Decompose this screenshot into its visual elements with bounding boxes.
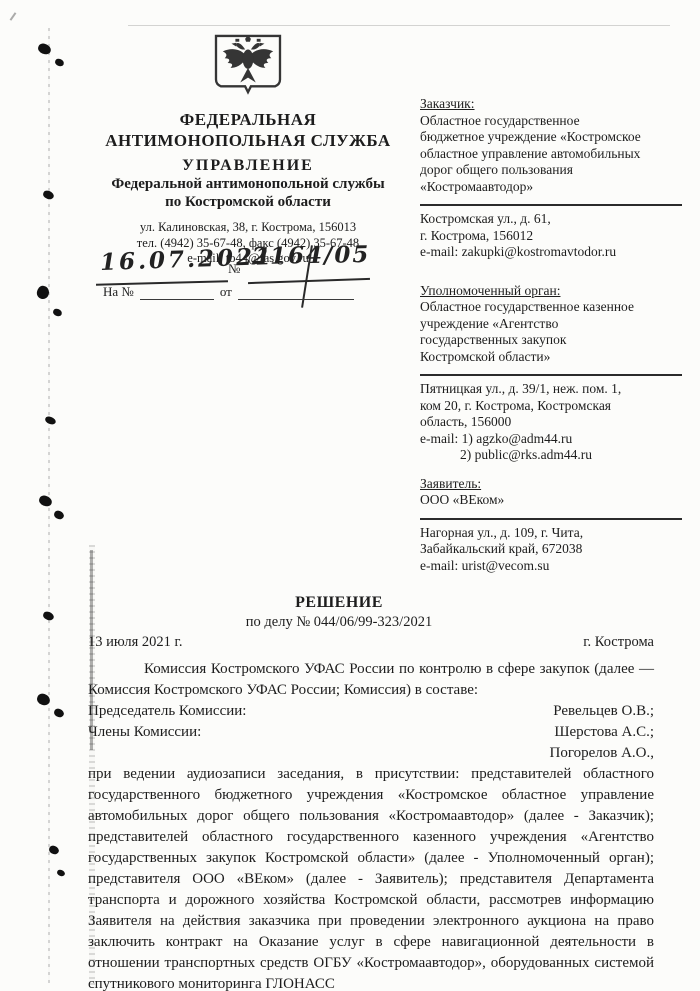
decision-title: РЕШЕНИЕ <box>56 594 622 612</box>
blank-field <box>238 286 354 300</box>
commission-role: Председатель Комиссии: <box>88 701 246 722</box>
scan-ink-blob <box>38 494 54 508</box>
party-address-line: Пятницкая ул., д. 39/1, неж. пом. 1, <box>420 381 682 398</box>
office-subtitle-line1: Федеральной антимонопольной службы <box>80 175 416 193</box>
party-line: дорог общего пользования <box>420 162 682 179</box>
scan-mark <box>128 25 670 26</box>
body-paragraph: при ведении аудиозаписи заседания, в при… <box>88 764 654 991</box>
scan-ink-blob <box>54 58 65 68</box>
incoming-from-label: от <box>220 284 232 299</box>
party-address-line: 2) public@rks.adm44.ru <box>420 447 682 464</box>
party-address-line: e-mail: urist@vecom.su <box>420 558 682 575</box>
scan-ink-blob <box>42 189 55 200</box>
russia-coat-of-arms-icon <box>209 33 287 102</box>
scan-mark <box>10 12 17 21</box>
org-name-line2: АНТИМОНОПОЛЬНАЯ СЛУЖБА <box>80 130 416 151</box>
party-applicant: Заявитель: ООО «ВЕком» Нагорная ул., д. … <box>420 476 682 575</box>
party-address-line: e-mail: zakupki@kostromavtodor.ru <box>420 244 682 261</box>
party-line: Костромской области» <box>420 349 682 366</box>
field-rule <box>420 204 682 206</box>
field-rule <box>420 374 682 376</box>
party-address-line: Нагорная ул., д. 109, г. Чита, <box>420 525 682 542</box>
party-line: учреждение «Агентство <box>420 316 682 333</box>
commission-row: Члены Комиссии: Шерстова А.С.; <box>88 722 654 743</box>
party-line: «Костромаавтодор» <box>420 179 682 196</box>
party-authorized-label: Уполномоченный орган: <box>420 283 682 300</box>
commission-role: Члены Комиссии: <box>88 722 201 743</box>
party-line: бюджетное учреждение «Костромское <box>420 129 682 146</box>
party-authorized-body: Уполномоченный орган: Областное государс… <box>420 283 682 464</box>
decision-date-row: 13 июля 2021 г. г. Кострома <box>88 634 654 651</box>
party-customer: Заказчик: Областное государственное бюдж… <box>420 96 682 261</box>
decision-city: г. Кострома <box>583 634 654 651</box>
incoming-ref-line: На №от <box>103 284 360 300</box>
commission-name: Погорелов А.О., <box>549 743 654 764</box>
party-address-line: область, 156000 <box>420 414 682 431</box>
party-line: ООО «ВЕком» <box>420 492 682 509</box>
party-address-line: г. Кострома, 156012 <box>420 228 682 245</box>
party-address-line: Забайкальский край, 672038 <box>420 541 682 558</box>
intro-paragraph: Комиссия Костромского УФАС России по кон… <box>88 659 654 701</box>
blank-field <box>140 286 214 300</box>
parties-column: Заказчик: Областное государственное бюдж… <box>420 96 682 574</box>
decision-date: 13 июля 2021 г. <box>88 634 182 651</box>
commission-name: Ревельцев О.В.; <box>553 701 654 722</box>
outgoing-date-handwritten: 16.07.2021 <box>100 243 275 276</box>
party-address-line: ком 20, г. Кострома, Костромская <box>420 398 682 415</box>
party-line: Областное государственное казенное <box>420 299 682 316</box>
case-number: по делу № 044/06/99-323/2021 <box>56 614 622 631</box>
scan-ink-blob <box>52 308 63 318</box>
party-line: государственных закупок <box>420 332 682 349</box>
scan-ink-blob <box>42 610 55 621</box>
office-title: УПРАВЛЕНИЕ <box>80 156 416 175</box>
org-name-line1: ФЕДЕРАЛЬНАЯ <box>80 109 416 130</box>
number-sign: № <box>228 261 240 277</box>
party-applicant-label: Заявитель: <box>420 476 682 493</box>
office-subtitle-line2: по Костромской области <box>80 193 416 211</box>
scanned-decision-page: ФЕДЕРАЛЬНАЯ АНТИМОНОПОЛЬНАЯ СЛУЖБА УПРАВ… <box>0 0 700 991</box>
letterhead-address: ул. Калиновская, 38, г. Кострома, 156013 <box>80 220 416 236</box>
decision-title-block: РЕШЕНИЕ по делу № 044/06/99-323/2021 <box>56 594 622 631</box>
scan-ink-blob <box>53 510 65 521</box>
commission-row: Председатель Комиссии: Ревельцев О.В.; <box>88 701 654 722</box>
incoming-ref-label: На № <box>103 284 134 299</box>
scan-ink-blob <box>53 708 65 719</box>
party-address-line: Костромская ул., д. 61, <box>420 211 682 228</box>
party-line: Областное государственное <box>420 113 682 130</box>
field-rule <box>420 518 682 520</box>
commission-row: Погорелов А.О., <box>88 743 654 764</box>
letterhead: ФЕДЕРАЛЬНАЯ АНТИМОНОПОЛЬНАЯ СЛУЖБА УПРАВ… <box>80 33 416 267</box>
party-address-line: e-mail: 1) agzko@adm44.ru <box>420 431 682 448</box>
party-customer-label: Заказчик: <box>420 96 682 113</box>
commission-name: Шерстова А.С.; <box>554 722 654 743</box>
scan-ink-blob <box>56 869 66 877</box>
scan-ink-blob <box>44 415 57 425</box>
party-line: областное управление автомобильных <box>420 146 682 163</box>
decision-body: Комиссия Костромского УФАС России по кон… <box>88 659 654 991</box>
